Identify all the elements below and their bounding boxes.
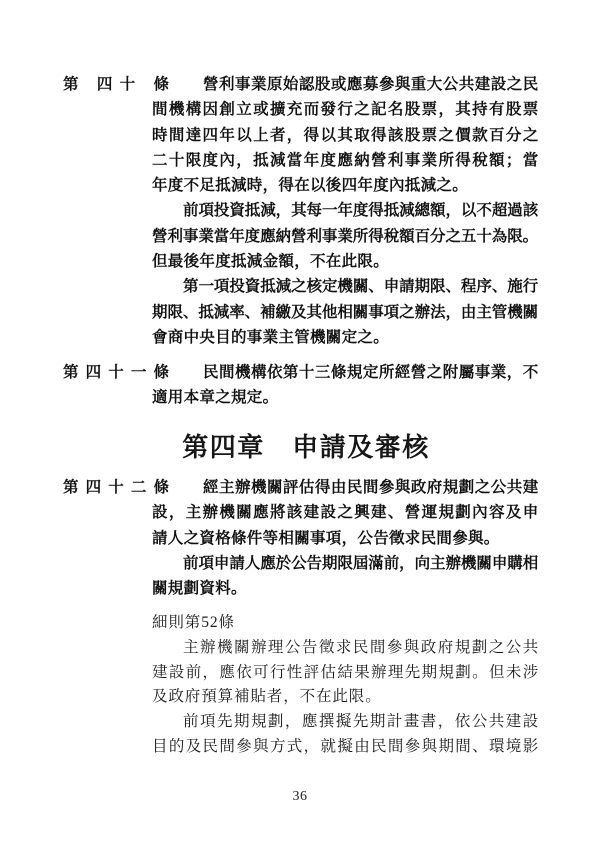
article-40: 第 四十 條 營利事業原始認股或應募參與重大公共建設之民 間機構因創立或擴充而發… — [63, 72, 537, 350]
article-line: 第一項投資抵減之核定機關、申請期限、程序、施行 — [183, 274, 537, 299]
article-line: 時間達四年以上者，得以其取得該股票之價款百分之 — [152, 123, 537, 148]
article-42: 第四十二條 經主辦機關評估得由民間參與政府規劃之公共建 設，主辦機關應將該建設之… — [63, 475, 537, 601]
regulation-line: 主辦機關辦理公告徵求民間參與政府規劃之公共 — [183, 636, 537, 661]
page-number: 36 — [0, 789, 600, 805]
article-line: 年度不足抵減時，得在以後四年度內抵減之。 — [152, 173, 537, 198]
article-line: 會商中央目的事業主管機關定之。 — [152, 325, 537, 350]
article-line: 設，主辦機關應將該建設之興建、營運規劃內容及申 — [152, 500, 537, 525]
article-line: 二十限度內，抵減當年度應納營利事業所得稅額；當 — [152, 148, 537, 173]
article-line: 但最後年度抵減金額，不在此限。 — [152, 249, 537, 274]
regulation-heading: 細則第52條 — [152, 611, 537, 636]
article-line: 適用本章之規定。 — [152, 385, 537, 410]
article-41: 第四十一條 民間機構依第十三條規定所經營之附屬事業，不 適用本章之規定。 — [63, 360, 537, 411]
regulation-line: 建設前，應依可行性評估結果辦理先期規劃。但未涉 — [152, 661, 537, 686]
article-line: 關規劃資料。 — [152, 576, 537, 601]
regulation-line: 及政府預算補貼者，不在此限。 — [152, 685, 537, 710]
chapter-heading: 第四章 申請及審核 — [0, 427, 600, 464]
article-number-label: 第 四十 條 — [63, 72, 169, 97]
article-line: 營利事業原始認股或應募參與重大公共建設之民 — [203, 72, 537, 97]
article-line: 營利事業當年度應納營利事業所得稅額百分之五十為限。 — [152, 224, 537, 249]
article-line: 前項投資抵減，其每一年度得抵減總額，以不超過該 — [183, 198, 537, 223]
article-line: 前項申請人應於公告期限屆滿前，向主辦機關申購相 — [183, 551, 537, 576]
article-number-label: 第四十一條 — [63, 360, 169, 385]
article-line: 請人之資格條件等相關事項，公告徵求民間參與。 — [152, 526, 537, 551]
document-page: 第 四十 條 營利事業原始認股或應募參與重大公共建設之民 間機構因創立或擴充而發… — [0, 0, 600, 848]
article-line: 期限、抵減率、補繳及其他相關事項之辦法，由主管機關 — [152, 300, 537, 325]
article-line: 間機構因創立或擴充而發行之記名股票，其持有股票 — [152, 97, 537, 122]
article-line: 民間機構依第十三條規定所經營之附屬事業，不 — [203, 360, 537, 385]
article-number-label: 第四十二條 — [63, 475, 169, 500]
regulation-line: 前項先期規劃，應撰擬先期計畫書，依公共建設 — [183, 710, 537, 735]
regulation-detail-note: 細則第52條 主辦機關辦理公告徵求民間參與政府規劃之公共 建設前，應依可行性評估… — [63, 611, 537, 760]
regulation-line: 目的及民間參與方式，就擬由民間參與期間、環境影 — [152, 735, 537, 760]
article-line: 經主辦機關評估得由民間參與政府規劃之公共建 — [203, 475, 537, 500]
